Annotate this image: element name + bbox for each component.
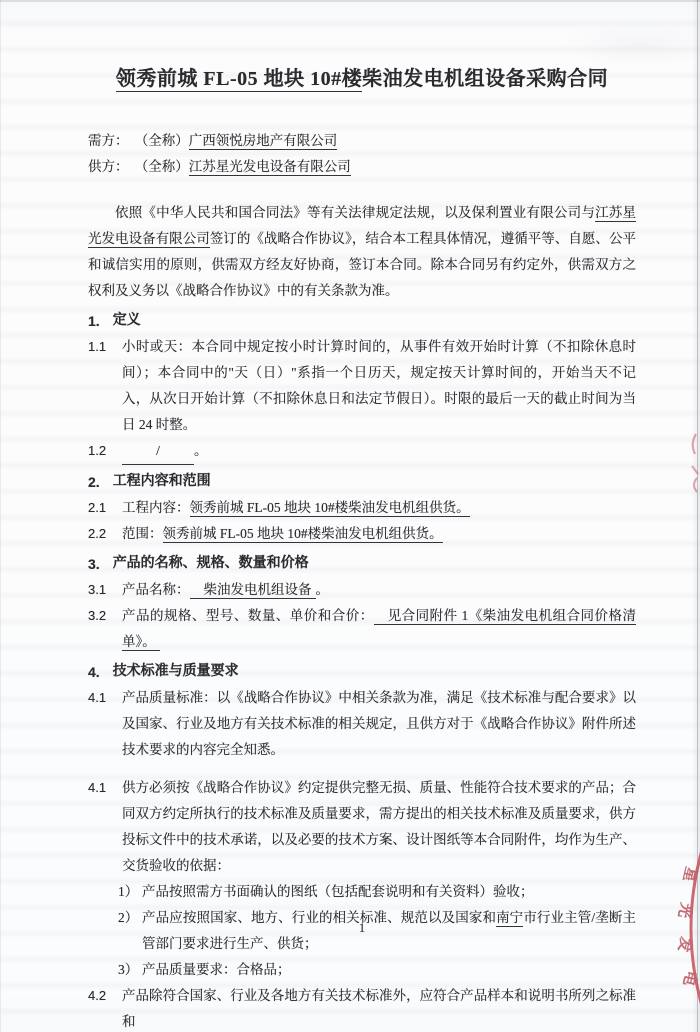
title-rest-part: 柴油发电机组设备采购合同 xyxy=(362,68,608,90)
section-3-number: 3. xyxy=(88,551,100,577)
subclause-1-number: 1） xyxy=(118,879,142,905)
clause-2-2-value: 领秀前城 FL-05 地块 10#楼柴油发电机组供货。 xyxy=(163,526,443,543)
clause-3-2-text: 产品的规格、型号、数量、单价和合价：见合同附件 1《柴油发电机组合同价格清单》。 xyxy=(122,603,636,655)
section-3-heading: 3. 产品的名称、规格、数量和价格 xyxy=(88,551,636,577)
scan-edge-shadow xyxy=(692,0,700,1032)
supply-company-name: 江苏星光发电设备有限公司 xyxy=(189,159,351,176)
clause-4-1b: 4.1 供方必须按《战略合作协议》约定提供完整无损、质量、性能符合技术要求的产品… xyxy=(88,775,636,879)
clause-4-2-number: 4.2 xyxy=(88,983,114,1032)
demand-party-row: 需方：（全称）广西领悦房地产有限公司 xyxy=(88,128,636,154)
demand-company-name: 广西领悦房地产有限公司 xyxy=(189,133,338,150)
section-1-title: 定义 xyxy=(113,308,141,334)
supply-fullname-paren: （全称） xyxy=(142,159,189,174)
demand-fullname-paren: （全称） xyxy=(142,133,189,148)
clause-4-1b-number: 4.1 xyxy=(88,775,114,879)
contract-body: 领秀前城 FL-05 地块 10#楼柴油发电机组设备采购合同 需方：（全称）广西… xyxy=(88,0,636,1032)
clause-2-2-text: 范围：领秀前城 FL-05 地块 10#楼柴油发电机组供货。 xyxy=(122,521,636,547)
clause-2-1-number: 2.1 xyxy=(88,495,114,521)
clause-1-2-text: /。 xyxy=(122,438,636,465)
clause-4-2-text: 产品除符合国家、行业及各地方有关技术标准外，应符合产品样本和说明书所列之标准和 xyxy=(122,983,636,1032)
clause-1-2: 1.2 /。 xyxy=(88,438,636,465)
clause-3-1-period: 。 xyxy=(316,582,330,597)
clause-3-2-number: 3.2 xyxy=(88,603,114,655)
clause-1-2-blank-field: / xyxy=(122,438,194,465)
clause-2-2: 2.2 范围：领秀前城 FL-05 地块 10#楼柴油发电机组供货。 xyxy=(88,521,636,547)
clause-3-1: 3.1 产品名称：柴油发电机组设备。 xyxy=(88,577,636,603)
clause-3-1-label: 产品名称： xyxy=(122,582,190,597)
subclause-1: 1） 产品按照需方书面确认的图纸（包括配套说明和有关资料）验收； xyxy=(118,879,636,905)
clause-3-2: 3.2 产品的规格、型号、数量、单价和合价：见合同附件 1《柴油发电机组合同价格… xyxy=(88,603,636,655)
section-2-heading: 2. 工程内容和范围 xyxy=(88,469,636,495)
page-title: 领秀前城 FL-05 地块 10#楼柴油发电机组设备采购合同 xyxy=(88,0,636,94)
title-underlined-part: 领秀前城 FL-05 地块 10#楼 xyxy=(116,68,362,92)
page-number: 1 xyxy=(88,920,636,936)
section-3-title: 产品的名称、规格、数量和价格 xyxy=(113,551,309,577)
clause-2-1-label: 工程内容： xyxy=(122,500,190,515)
clause-1-1: 1.1 小时或天：本合同中规定按小时计算时间的，从事件有效开始时计算（不扣除休息… xyxy=(88,334,636,438)
subclause-3-text: 产品质量要求：合格品； xyxy=(142,957,636,983)
section-4-number: 4. xyxy=(88,659,100,685)
clause-3-1-number: 3.1 xyxy=(88,577,114,603)
preamble-paragraph: 依照《中华人民共和国合同法》等有关法律规定法规，以及保利置业有限公司与江苏星光发… xyxy=(88,200,636,304)
subclause-1-text: 产品按照需方书面确认的图纸（包括配套说明和有关资料）验收； xyxy=(142,879,636,905)
subclause-3: 3） 产品质量要求：合格品； xyxy=(118,957,636,983)
clause-2-2-label: 范围： xyxy=(122,526,163,541)
clause-2-1: 2.1 工程内容：领秀前城 FL-05 地块 10#楼柴油发电机组供货。 xyxy=(88,495,636,521)
subclause-3-number: 3） xyxy=(118,957,142,983)
clause-3-2-label: 产品的规格、型号、数量、单价和合价： xyxy=(122,608,374,623)
preamble-text-1: 依照《中华人民共和国合同法》等有关法律规定法规，以及保利置业有限公司与 xyxy=(115,205,595,220)
supply-label: 供方： xyxy=(88,159,129,174)
clause-3-1-value: 柴油发电机组设备 xyxy=(190,582,316,599)
clause-2-1-text: 工程内容：领秀前城 FL-05 地块 10#楼柴油发电机组供货。 xyxy=(122,495,636,521)
section-1-number: 1. xyxy=(88,308,100,334)
clause-1-1-text: 小时或天：本合同中规定按小时计算时间的，从事件有效开始时计算（不扣除休息时间）；… xyxy=(122,334,636,438)
clause-1-2-number: 1.2 xyxy=(88,438,114,465)
section-4-heading: 4. 技术标准与质量要求 xyxy=(88,659,636,685)
clause-1-2-period: 。 xyxy=(194,443,208,458)
contract-scan-page: 领秀前城 FL-05 地块 10#楼柴油发电机组设备采购合同 需方：（全称）广西… xyxy=(0,0,700,1032)
clause-4-1a-text: 产品质量标准：以《战略合作协议》中相关条款为准，满足《技术标准与配合要求》以及国… xyxy=(122,685,636,763)
scan-edge-line xyxy=(697,0,698,1032)
section-4-title: 技术标准与质量要求 xyxy=(113,659,239,685)
scan-edge-left xyxy=(0,0,1,1032)
clause-4-1b-text: 供方必须按《战略合作协议》约定提供完整无损、质量、性能符合技术要求的产品；合同双… xyxy=(122,775,636,879)
clause-2-2-number: 2.2 xyxy=(88,521,114,547)
demand-label: 需方： xyxy=(88,133,129,148)
clause-3-1-text: 产品名称：柴油发电机组设备。 xyxy=(122,577,636,603)
section-1-heading: 1. 定义 xyxy=(88,308,636,334)
clause-2-1-value: 领秀前城 FL-05 地块 10#楼柴油发电机组供货。 xyxy=(190,500,470,517)
clause-4-1a: 4.1 产品质量标准：以《战略合作协议》中相关条款为准，满足《技术标准与配合要求… xyxy=(88,685,636,763)
scan-edge-top xyxy=(0,0,700,2)
clause-4-1a-number: 4.1 xyxy=(88,685,114,763)
clause-1-1-number: 1.1 xyxy=(88,334,114,438)
supply-party-row: 供方：（全称）江苏星光发电设备有限公司 xyxy=(88,154,636,180)
section-2-title: 工程内容和范围 xyxy=(113,469,211,495)
section-2-number: 2. xyxy=(88,469,100,495)
clause-4-2: 4.2 产品除符合国家、行业及各地方有关技术标准外，应符合产品样本和说明书所列之… xyxy=(88,983,636,1032)
